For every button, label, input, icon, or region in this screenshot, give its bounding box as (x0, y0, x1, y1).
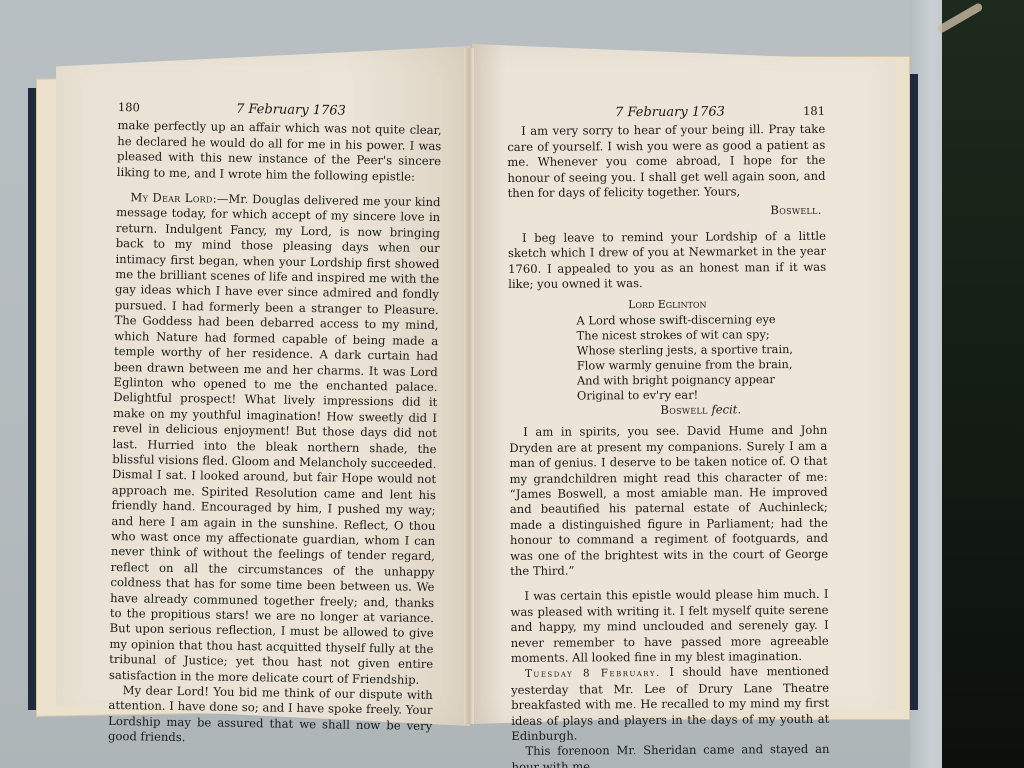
page-number: 180 (118, 100, 140, 116)
poem-line: The nicest strokes of wit can spy; (577, 327, 827, 344)
paragraph: make perfectly up an affair which was no… (117, 118, 442, 185)
poem-signature: Boswell fecit. (509, 402, 827, 420)
running-head-title: 7 February 1763 (236, 102, 346, 119)
poem-line: Whose sterling jests, a sportive train, (577, 342, 827, 359)
poem-line: Original to ev'ry ear! (577, 387, 827, 404)
paragraph: I beg leave to remind your Lordship of a… (508, 229, 826, 293)
paragraph: I was certain this epistle would please … (510, 587, 829, 666)
poem-line: And with bright poignancy appear (577, 372, 827, 389)
poem-line: Flow warmly genuine from the brain, (577, 357, 827, 374)
poem: A Lord whose swift-discerning eye The ni… (576, 312, 827, 404)
poem-signature-name: Boswell (660, 402, 707, 416)
dated-entry: Tuesday 8 February. I should have mentio… (511, 664, 830, 744)
poem-signature-suffix: fecit. (711, 402, 741, 416)
paragraph: I am in spirits, you see. David Hume and… (509, 423, 828, 579)
paragraph: I am very sorry to hear of your being il… (507, 122, 826, 201)
poem-line: A Lord whose swift-discerning eye (576, 312, 826, 329)
left-page-text: 180 7 February 1763 make perfectly up an… (108, 100, 442, 750)
page-number: 181 (803, 104, 825, 120)
salutation: My Dear Lord: (130, 190, 217, 205)
signature: Boswell. (508, 203, 826, 221)
running-head: 7 February 1763 181 (507, 104, 825, 122)
background-floor (942, 0, 1024, 768)
paragraph: My dear Lord! You bid me think of our di… (108, 683, 433, 750)
entry-date: Tuesday 8 February. (525, 667, 661, 680)
running-head-title: 7 February 1763 (615, 104, 725, 120)
letter-body: —Mr. Douglas delivered me your kind mess… (109, 192, 441, 687)
paragraph: This forenoon Mr. Sheridan came and stay… (511, 742, 829, 768)
book-gutter (464, 48, 474, 724)
letter-paragraph: My Dear Lord:—Mr. Douglas delivered me y… (109, 190, 441, 688)
right-page-text: 7 February 1763 181 I am very sorry to h… (507, 104, 830, 768)
